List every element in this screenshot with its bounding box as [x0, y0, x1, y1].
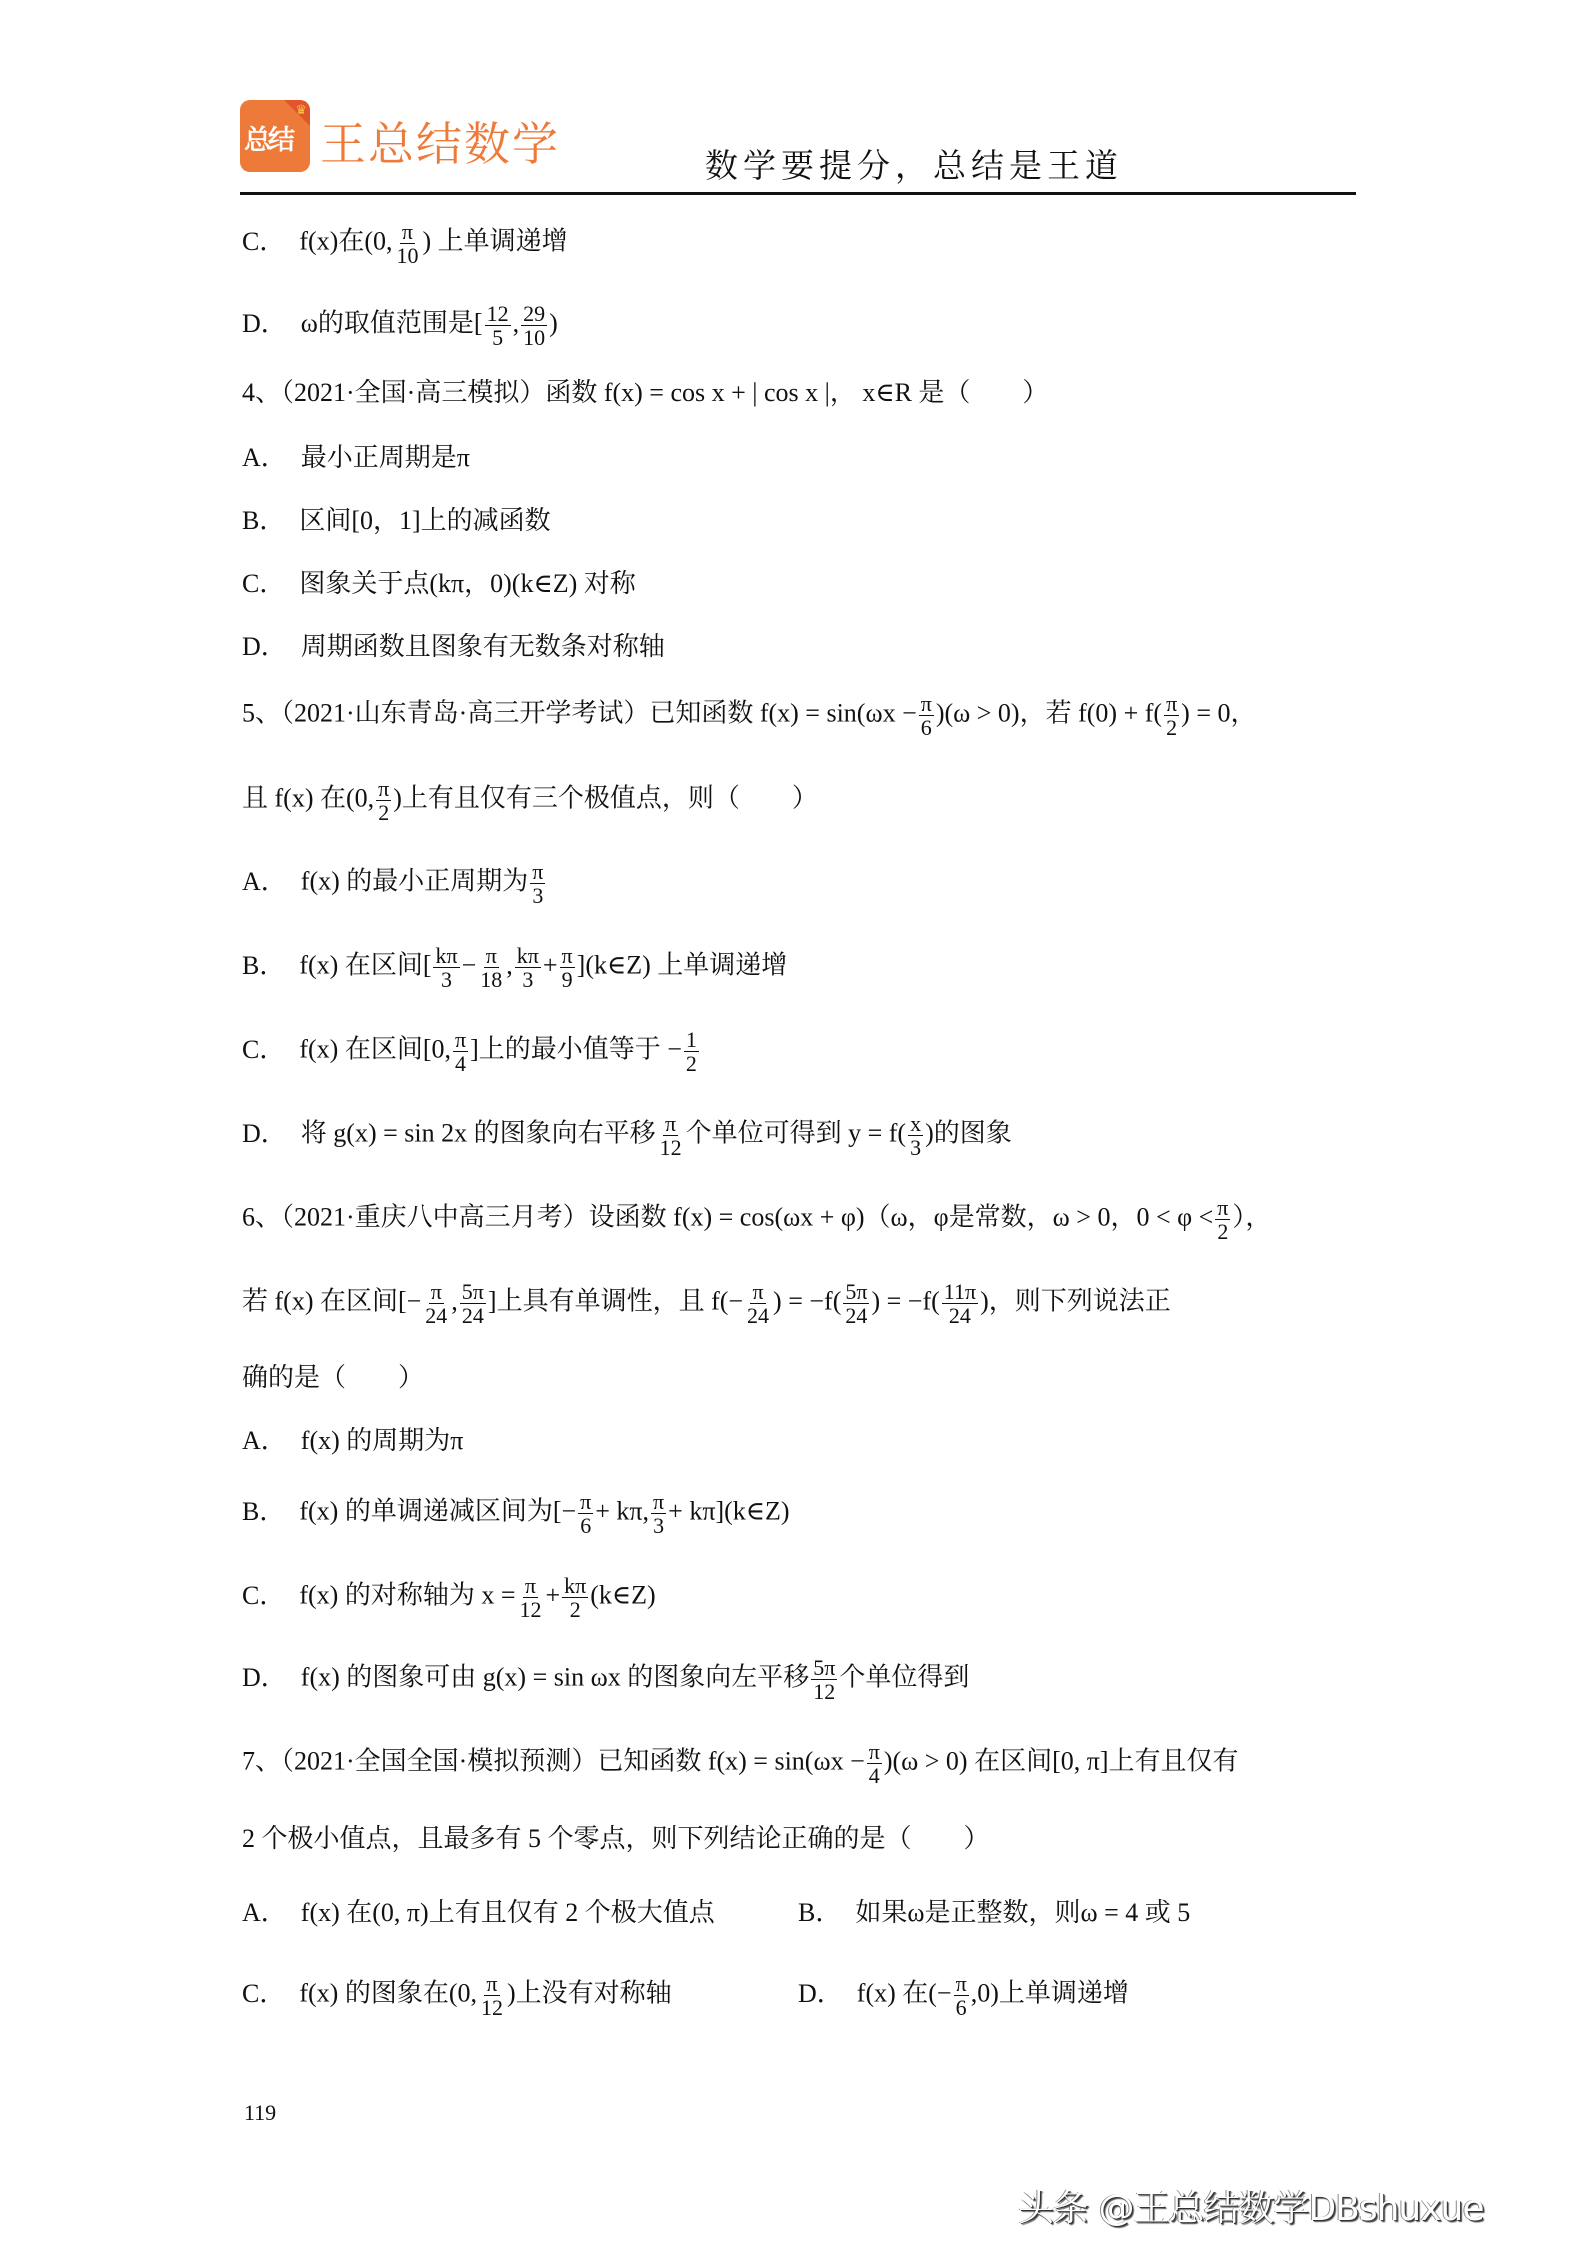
q4-option-d: D．周期函数且图象有无数条对称轴	[242, 634, 665, 660]
option-label: A．	[242, 1900, 287, 1926]
q7-option-a: A．f(x) 在(0, π)上有且仅有 2 个极大值点	[242, 1900, 715, 1926]
option-label: C．	[242, 1037, 285, 1063]
fraction: π2	[1215, 1196, 1230, 1243]
option-text: f(x)在(0,	[299, 227, 392, 256]
q5-option-a: A．f(x) 的最小正周期为π3	[242, 860, 547, 907]
question-7-stem-line2: 2 个极小值点，且最多有 5 个零点，则下列结论正确的是（ ）	[242, 1826, 990, 1852]
slogan: 数学要提分，总结是王道	[705, 140, 1123, 187]
q6-option-d: D．f(x) 的图象可由 g(x) = sin ωx 的图象向左平移5π12个单…	[242, 1656, 969, 1703]
fraction: π2	[1164, 692, 1179, 739]
question-5-stem-line1: 5、（2021·山东青岛·高三开学考试）已知函数 f(x) = sin(ωx −…	[242, 692, 1257, 739]
option-label: B．	[798, 1900, 841, 1926]
fraction: π6	[954, 1972, 969, 2019]
q4-option-a: A．最小正周期是π	[242, 445, 470, 471]
question-6-stem-line3: 确的是（ ）	[242, 1365, 424, 1391]
q4-option-c: C．图象关于点(kπ，0)(k∈Z) 对称	[242, 571, 636, 597]
fraction: π10	[394, 220, 420, 267]
fraction: 11π24	[942, 1280, 978, 1327]
option-text: ω的取值范围是[	[301, 309, 483, 338]
fraction: π12	[479, 1972, 505, 2019]
option-label: D．	[242, 311, 287, 337]
option-label: A．	[242, 445, 287, 471]
fraction: 2910	[521, 302, 547, 349]
option-label: B．	[242, 508, 285, 534]
header-divider	[240, 192, 1356, 195]
fraction: kπ3	[515, 944, 541, 991]
question-5-stem-line2: 且 f(x) 在(0,π2)上有且仅有三个极值点，则（ ）	[242, 777, 818, 824]
fraction: π6	[578, 1490, 593, 1537]
fraction: kπ3	[433, 944, 459, 991]
option-label: A．	[242, 869, 287, 895]
q6-option-a: A．f(x) 的周期为π	[242, 1428, 463, 1454]
option-label: C．	[242, 1583, 285, 1609]
option-text: 图象关于点(kπ，0)(k∈Z) 对称	[299, 569, 635, 598]
brand-name: 王总结数学	[320, 108, 560, 174]
option-label: A．	[242, 1428, 287, 1454]
fraction: x3	[908, 1112, 923, 1159]
option-text: ) 上单调递增	[422, 227, 567, 256]
question-7-stem-line1: 7、（2021·全国全国·模拟预测）已知函数 f(x) = sin(ωx −π4…	[242, 1740, 1239, 1787]
option-label: D．	[242, 1121, 287, 1147]
fraction: π24	[745, 1280, 771, 1327]
option-label: C．	[242, 229, 285, 255]
q7-option-b: B．如果ω是正整数，则ω = 4 或 5	[798, 1900, 1190, 1926]
q5-option-c: C．f(x) 在区间[0,π4]上的最小值等于 −12	[242, 1028, 701, 1075]
fraction: 5π24	[460, 1280, 486, 1327]
prev-option-c: C．f(x)在(0,π10) 上单调递增	[242, 220, 568, 267]
crown-icon: ♛	[295, 102, 307, 118]
option-label: C．	[242, 571, 285, 597]
fraction: 125	[485, 302, 511, 349]
fraction: π4	[453, 1028, 468, 1075]
logo-text: 总结	[244, 118, 292, 157]
option-text: 周期函数且图象有无数条对称轴	[301, 632, 665, 661]
page-number: 119	[244, 2100, 276, 2126]
fraction: π2	[376, 777, 391, 824]
watermark: 头条 @王总结数学DBshuxue	[1018, 2180, 1484, 2231]
option-label: D．	[242, 1665, 287, 1691]
fraction: kπ2	[562, 1574, 588, 1621]
option-label: D．	[242, 634, 287, 660]
fraction: 12	[684, 1028, 699, 1075]
fraction: π12	[517, 1574, 543, 1621]
option-label: D．	[798, 1981, 843, 2007]
question-4-stem: 4、（2021·全国·高三模拟）函数 f(x) = cos x + | cos …	[242, 380, 1048, 406]
q7-option-c: C．f(x) 的图象在(0,π12)上没有对称轴	[242, 1972, 672, 2019]
option-label: C．	[242, 1981, 285, 2007]
fraction: π4	[867, 1740, 882, 1787]
fraction: π12	[658, 1112, 684, 1159]
fraction: π6	[919, 692, 934, 739]
option-text: 区间[0，1]上的减函数	[299, 506, 550, 535]
q5-option-d: D．将 g(x) = sin 2x 的图象向右平移π12个单位可得到 y = f…	[242, 1112, 1012, 1159]
fraction: 5π12	[811, 1656, 837, 1703]
question-6-stem-line2: 若 f(x) 在区间[−π24,5π24]上具有单调性，且 f(−π24) = …	[242, 1280, 1171, 1327]
fraction: π3	[530, 860, 545, 907]
prev-option-d: D．ω的取值范围是[125,2910)	[242, 302, 558, 349]
q7-option-d: D．f(x) 在(−π6,0)上单调递增	[798, 1972, 1129, 2019]
q4-option-b: B．区间[0，1]上的减函数	[242, 508, 551, 534]
fraction: π18	[478, 944, 504, 991]
option-text: 最小正周期是π	[301, 443, 470, 472]
q5-option-b: B．f(x) 在区间[kπ3−π18,kπ3+π9](k∈Z) 上单调递增	[242, 944, 787, 991]
question-6-stem-line1: 6、（2021·重庆八中高三月考）设函数 f(x) = cos(ωx + φ)（…	[242, 1196, 1271, 1243]
fraction: 5π24	[843, 1280, 869, 1327]
logo: ♛ 总结	[240, 100, 310, 172]
q6-option-c: C．f(x) 的对称轴为 x =π12+kπ2(k∈Z)	[242, 1574, 656, 1621]
option-label: B．	[242, 953, 285, 979]
fraction: π3	[651, 1490, 666, 1537]
fraction: π9	[560, 944, 575, 991]
option-label: B．	[242, 1499, 285, 1525]
q6-option-b: B．f(x) 的单调递减区间为[−π6+ kπ,π3+ kπ](k∈Z)	[242, 1490, 790, 1537]
fraction: π24	[423, 1280, 449, 1327]
